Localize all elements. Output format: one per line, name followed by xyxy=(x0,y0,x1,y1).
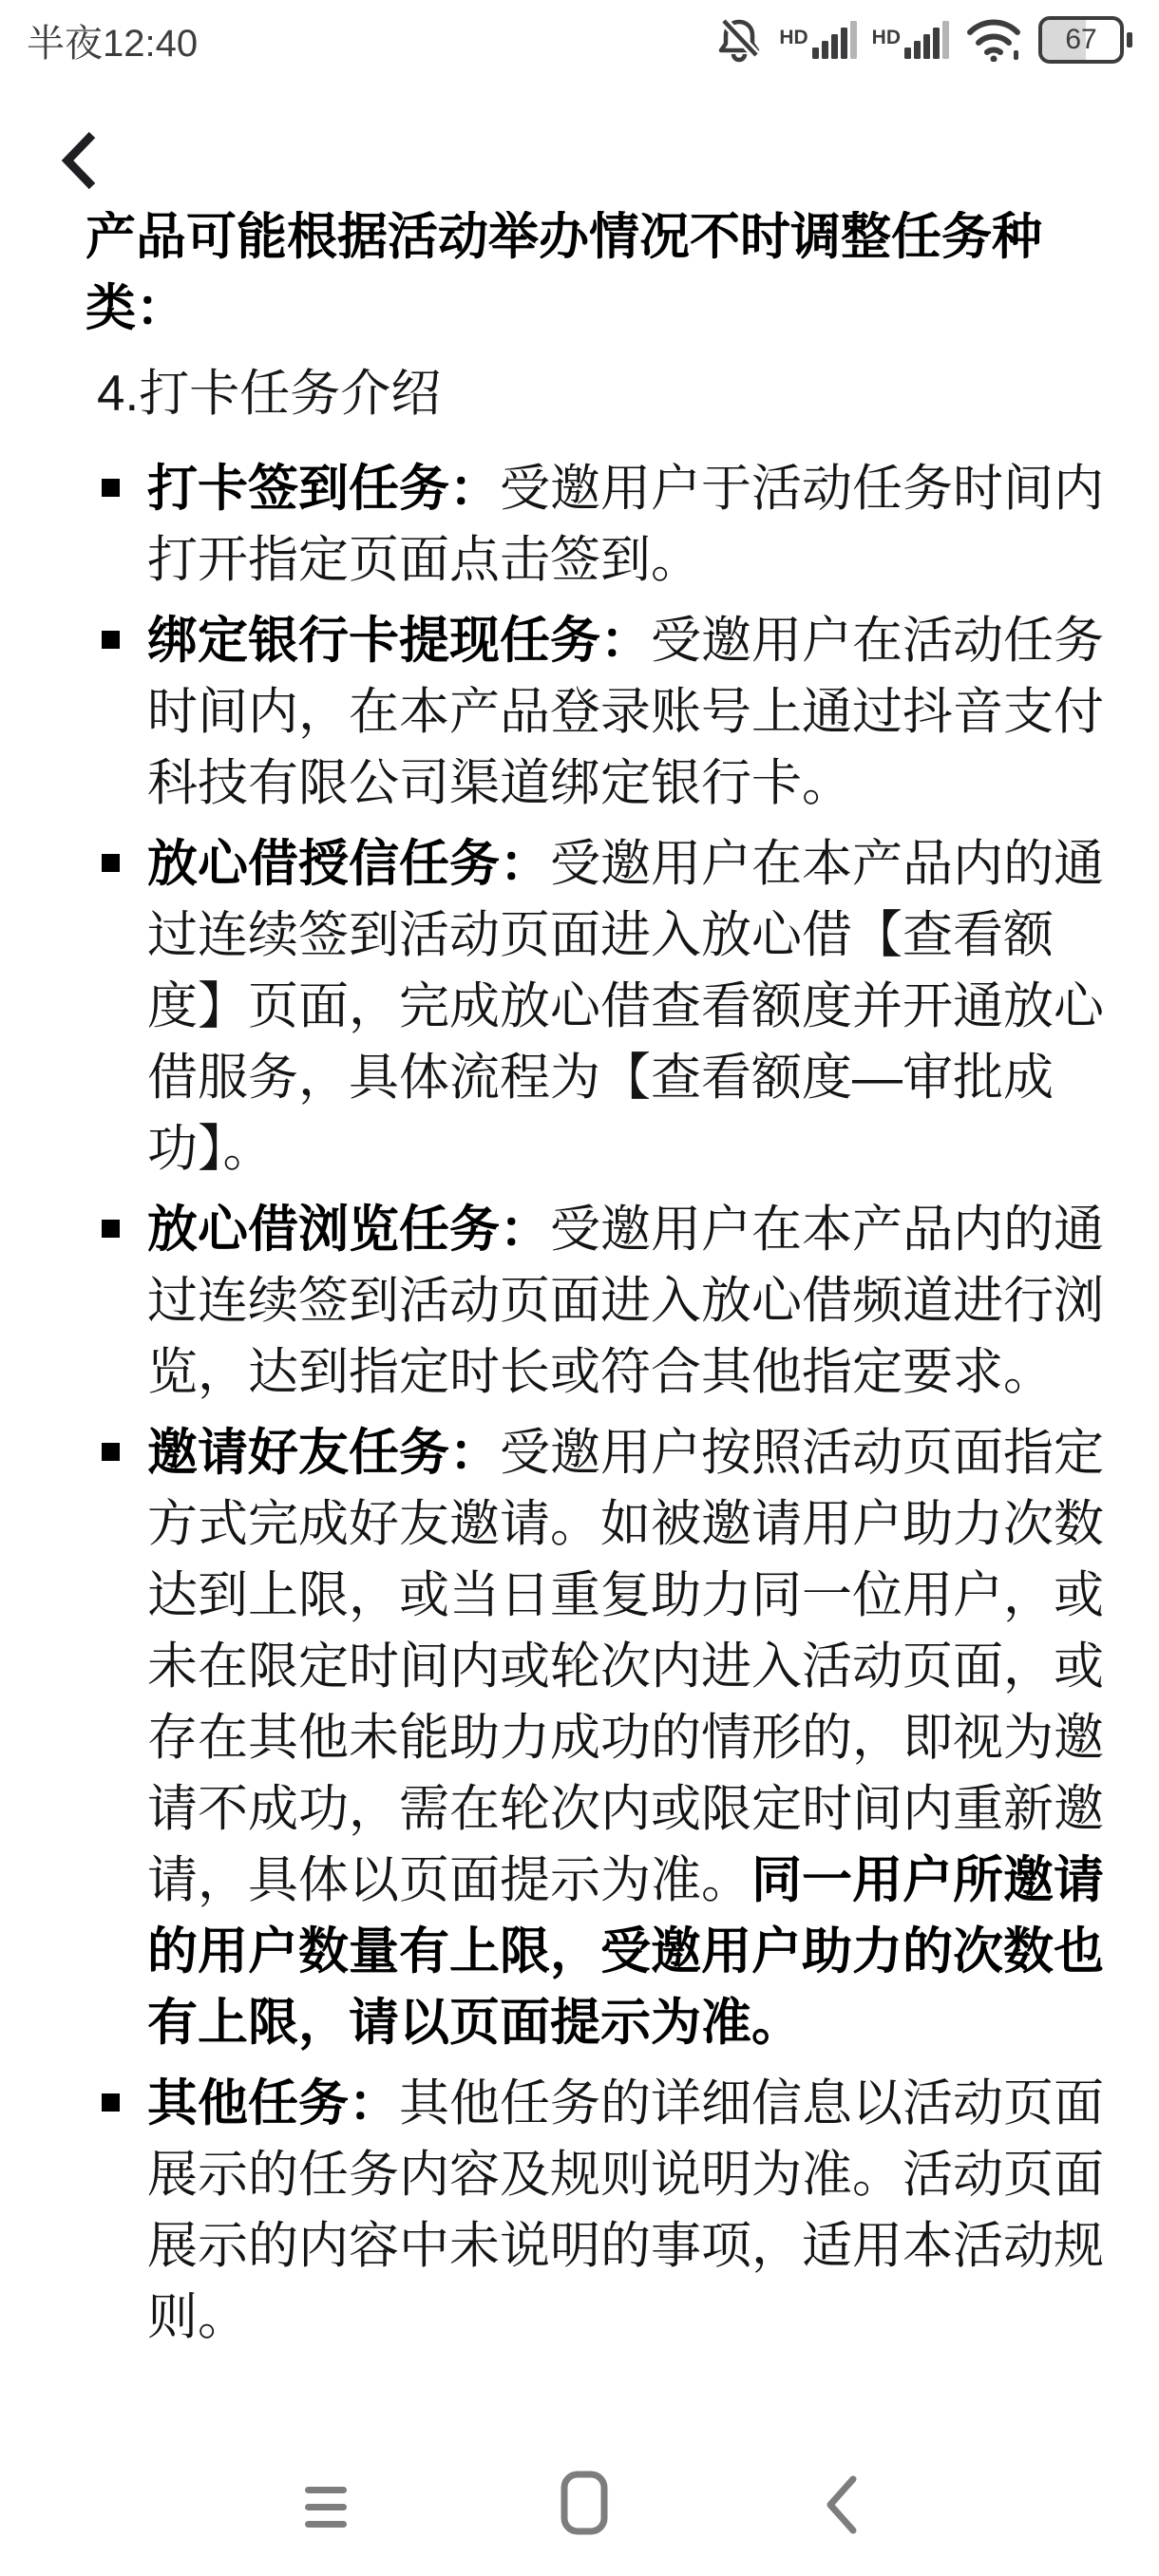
phone-screen: 半夜12:40 HD xyxy=(0,0,1159,2576)
battery-icon: 67 xyxy=(1038,16,1132,64)
task-label: 放心借授信任务： xyxy=(147,836,550,892)
task-label: 其他任务： xyxy=(147,2075,399,2131)
task-list: 打卡签到任务：受邀用户于活动任务时间内打开指定页面点击签到。 绑定银行卡提现任务… xyxy=(85,453,1116,2353)
mute-icon xyxy=(714,13,764,67)
menu-button[interactable] xyxy=(293,2475,359,2542)
intro-paragraph: 产品可能根据活动举办情况不时调整任务种类： xyxy=(85,211,1064,344)
signal-hd-1-icon: HD xyxy=(779,21,856,59)
signal-bars-icon xyxy=(812,21,857,59)
hd-label: HD xyxy=(779,28,807,47)
home-icon xyxy=(558,2526,611,2540)
status-icons: HD HD xyxy=(714,13,1132,67)
task-item: 邀请好友任务：受邀用户按照活动页面指定方式完成好友邀请。如被邀请用户助力次数达到… xyxy=(85,1417,1111,2058)
back-icon xyxy=(819,2526,863,2540)
home-button[interactable] xyxy=(551,2466,617,2542)
task-body: 受邀用户按照活动页面指定方式完成好友邀请。如被邀请用户助力次数达到上限，或当日重… xyxy=(147,1425,1104,1908)
back-button[interactable] xyxy=(38,116,123,207)
task-item: 放心借授信任务：受邀用户在本产品内的通过连续签到活动页面进入放心借【查看额度】页… xyxy=(85,828,1111,1184)
status-time: 半夜12:40 xyxy=(27,13,198,67)
battery-nub xyxy=(1127,32,1132,47)
menu-icon xyxy=(301,2525,351,2539)
nav-back-button[interactable] xyxy=(807,2470,874,2542)
task-item: 打卡签到任务：受邀用户于活动任务时间内打开指定页面点击签到。 xyxy=(85,453,1111,596)
task-item: 绑定银行卡提现任务：受邀用户在活动任务时间内，在本产品登录账号上通过抖音支付科技… xyxy=(85,605,1111,819)
status-bar: 半夜12:40 HD xyxy=(0,0,1159,70)
task-label: 绑定银行卡提现任务： xyxy=(147,613,651,669)
hd-label: HD xyxy=(872,28,901,47)
task-item: 放心借浏览任务：受邀用户在本产品内的通过连续签到活动页面进入放心借频道进行浏览，… xyxy=(85,1194,1111,1408)
signal-bars-icon xyxy=(904,21,949,59)
signal-hd-2-icon: HD xyxy=(872,21,949,59)
battery-percent: 67 xyxy=(1065,24,1096,56)
task-label: 放心借浏览任务： xyxy=(147,1202,550,1258)
task-label: 邀请好友任务： xyxy=(147,1425,500,1481)
section-title: 4.打卡任务介绍 xyxy=(97,358,1116,429)
chevron-left-icon xyxy=(60,180,102,195)
task-item: 其他任务：其他任务的详细信息以活动页面展示的任务内容及规则说明为准。活动页面展示… xyxy=(85,2068,1111,2353)
content-area[interactable]: 产品可能根据活动举办情况不时调整任务种类： 4.打卡任务介绍 打卡签到任务：受邀… xyxy=(85,211,1116,2386)
task-label: 打卡签到任务： xyxy=(147,461,500,517)
wifi-icon xyxy=(964,14,1023,66)
